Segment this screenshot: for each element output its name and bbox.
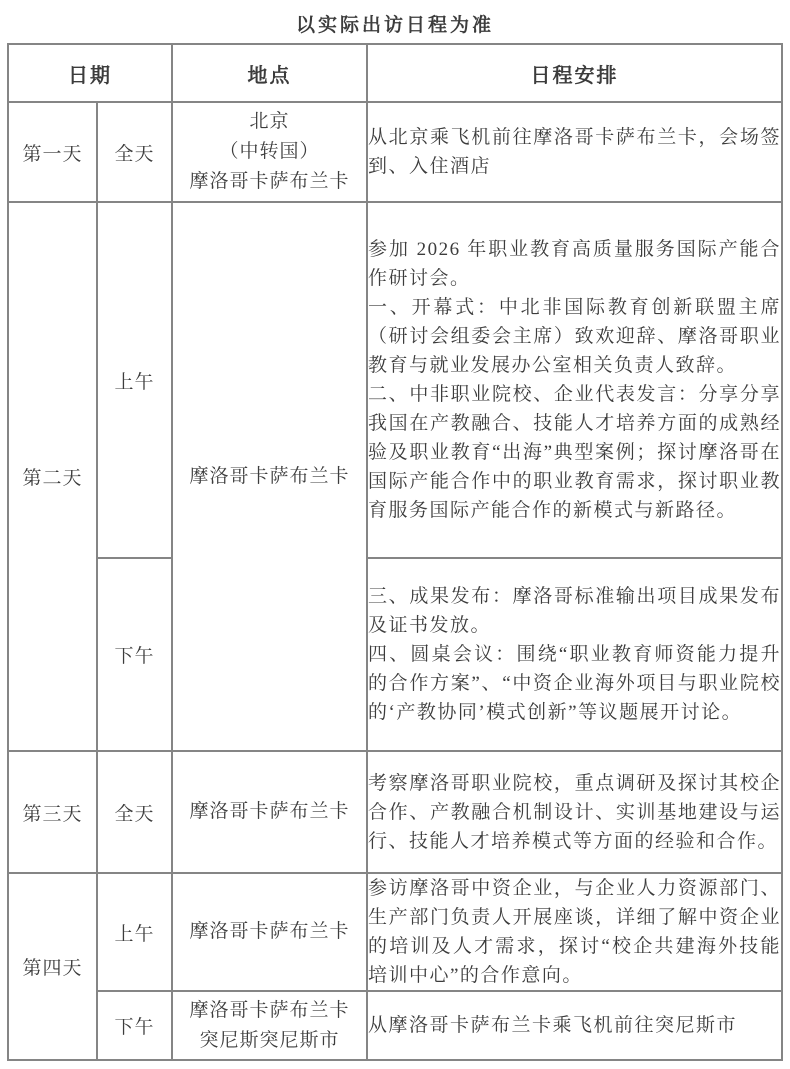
table-row-day2-afternoon: 下午 三、成果发布：摩洛哥标准输出项目成果发布及证书发放。 四、圆桌会议：围绕“… <box>8 558 782 751</box>
table-header-row: 日期 地点 日程安排 <box>8 44 782 102</box>
day2-morning-schedule-p3: 二、中非职业院校、企业代表发言：分享分享我国在产教融合、技能人才培养方面的成熟经… <box>368 380 781 525</box>
day2-time-morning: 上午 <box>97 202 172 558</box>
day4-afternoon-schedule: 从摩洛哥卡萨布兰卡乘飞机前往突尼斯市 <box>367 991 782 1060</box>
day3-time-allday: 全天 <box>97 751 172 873</box>
day3-schedule-text: 考察摩洛哥职业院校，重点调研及探讨其校企合作、产教融合机制设计、实训基地建设与运… <box>368 769 781 856</box>
day2-afternoon-schedule: 三、成果发布：摩洛哥标准输出项目成果发布及证书发放。 四、圆桌会议：围绕“职业教… <box>367 558 782 751</box>
day4-afternoon-location: 摩洛哥卡萨布兰卡 突尼斯突尼斯市 <box>172 991 367 1060</box>
table-row-day4-afternoon: 下午 摩洛哥卡萨布兰卡 突尼斯突尼斯市 从摩洛哥卡萨布兰卡乘飞机前往突尼斯市 <box>8 991 782 1060</box>
day3-location: 摩洛哥卡萨布兰卡 <box>172 751 367 873</box>
day1-time-allday: 全天 <box>97 102 172 202</box>
column-header-location: 地点 <box>172 44 367 102</box>
day1-location-line1: 北京 <box>173 107 366 137</box>
table-row-day4-morning: 第四天 上午 摩洛哥卡萨布兰卡 参访摩洛哥中资企业，与企业人力资源部门、生产部门… <box>8 873 782 991</box>
day1-location: 北京 （中转国） 摩洛哥卡萨布兰卡 <box>172 102 367 202</box>
day3-location-line1: 摩洛哥卡萨布兰卡 <box>173 797 366 827</box>
day4-morning-schedule: 参访摩洛哥中资企业，与企业人力资源部门、生产部门负责人开展座谈，详细了解中资企业… <box>367 873 782 991</box>
table-row-day3: 第三天 全天 摩洛哥卡萨布兰卡 考察摩洛哥职业院校，重点调研及探讨其校企合作、产… <box>8 751 782 873</box>
day4-afternoon-schedule-text: 从摩洛哥卡萨布兰卡乘飞机前往突尼斯市 <box>368 1011 781 1040</box>
table-row-day1: 第一天 全天 北京 （中转国） 摩洛哥卡萨布兰卡 从北京乘飞机前往摩洛哥卡萨布兰… <box>8 102 782 202</box>
day2-location: 摩洛哥卡萨布兰卡 <box>172 202 367 751</box>
day1-label: 第一天 <box>8 102 97 202</box>
day4-morning-location-line1: 摩洛哥卡萨布兰卡 <box>173 917 366 947</box>
day4-morning-location: 摩洛哥卡萨布兰卡 <box>172 873 367 991</box>
column-header-date: 日期 <box>8 44 172 102</box>
day2-time-afternoon: 下午 <box>97 558 172 751</box>
day2-afternoon-schedule-p2: 四、圆桌会议：围绕“职业教育师资能力提升的合作方案”、“中资企业海外项目与职业院… <box>368 640 781 727</box>
day4-afternoon-location-line2: 突尼斯突尼斯市 <box>173 1026 366 1056</box>
column-header-schedule: 日程安排 <box>367 44 782 102</box>
day1-schedule: 从北京乘飞机前往摩洛哥卡萨布兰卡，会场签到、入住酒店 <box>367 102 782 202</box>
day4-afternoon-location-line1: 摩洛哥卡萨布兰卡 <box>173 996 366 1026</box>
itinerary-table: 日期 地点 日程安排 第一天 全天 北京 （中转国） 摩洛哥卡萨布兰卡 从北京乘… <box>7 43 783 1061</box>
day4-time-afternoon: 下午 <box>97 991 172 1060</box>
day4-label: 第四天 <box>8 873 97 1060</box>
table-row-day2-morning: 第二天 上午 摩洛哥卡萨布兰卡 参加 2026 年职业教育高质量服务国际产能合作… <box>8 202 782 558</box>
day4-morning-schedule-text: 参访摩洛哥中资企业，与企业人力资源部门、生产部门负责人开展座谈，详细了解中资企业… <box>368 874 781 990</box>
page-title: 以实际出访日程为准 <box>0 10 790 37</box>
day2-location-line1: 摩洛哥卡萨布兰卡 <box>173 462 366 492</box>
day2-morning-schedule-p2: 一、开幕式：中北非国际教育创新联盟主席（研讨会组委会主席）致欢迎辞、摩洛哥职业教… <box>368 293 781 380</box>
day1-schedule-text: 从北京乘飞机前往摩洛哥卡萨布兰卡，会场签到、入住酒店 <box>368 123 781 181</box>
day4-time-morning: 上午 <box>97 873 172 991</box>
day2-afternoon-schedule-p1: 三、成果发布：摩洛哥标准输出项目成果发布及证书发放。 <box>368 582 781 640</box>
day3-schedule: 考察摩洛哥职业院校，重点调研及探讨其校企合作、产教融合机制设计、实训基地建设与运… <box>367 751 782 873</box>
day1-location-line3: 摩洛哥卡萨布兰卡 <box>173 167 366 197</box>
day2-morning-schedule: 参加 2026 年职业教育高质量服务国际产能合作研讨会。 一、开幕式：中北非国际… <box>367 202 782 558</box>
day2-morning-schedule-p1: 参加 2026 年职业教育高质量服务国际产能合作研讨会。 <box>368 235 781 293</box>
day2-label: 第二天 <box>8 202 97 751</box>
day3-label: 第三天 <box>8 751 97 873</box>
day1-location-line2: （中转国） <box>173 137 366 167</box>
